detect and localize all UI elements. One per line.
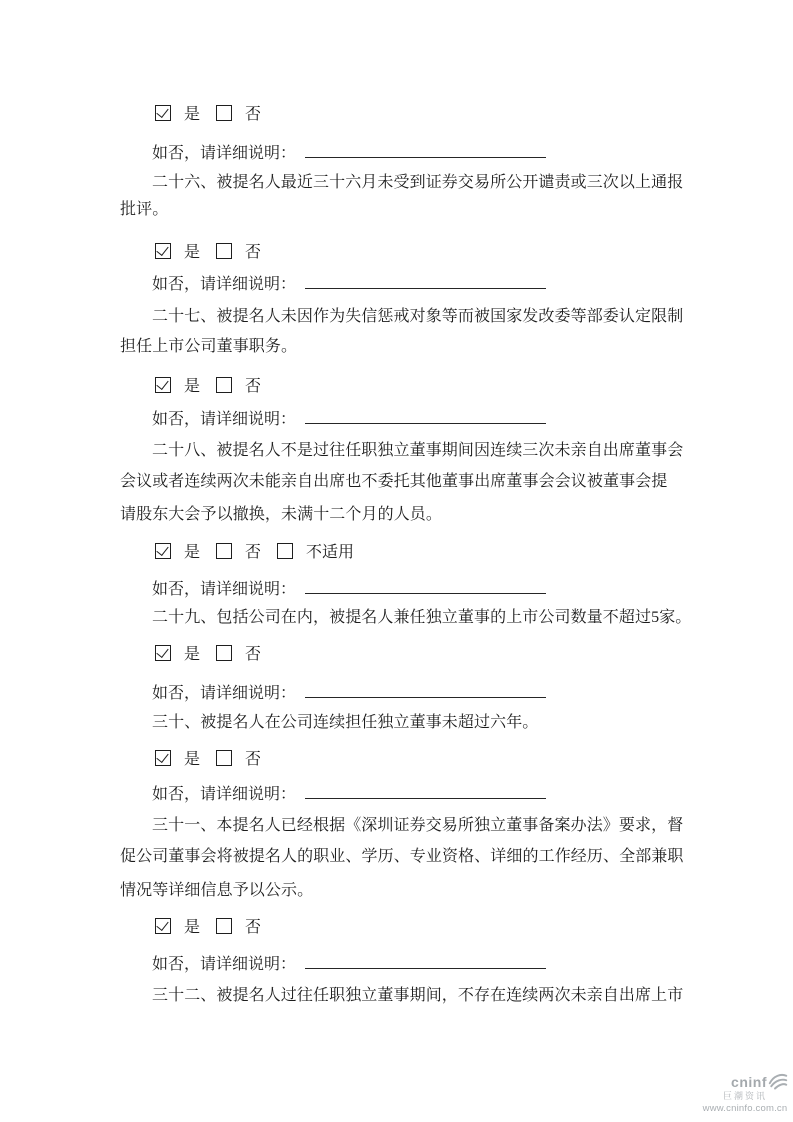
cninfo-swirl-icon	[768, 1072, 788, 1090]
no-label: 否	[245, 919, 261, 936]
cninfo-brand-row: cninf	[700, 1072, 790, 1089]
yes-label: 是	[184, 378, 200, 395]
checkbox-checked-icon	[155, 645, 171, 661]
yes-no-row-q25: 是否	[120, 98, 277, 132]
yes-no-row-q29: 是否	[120, 638, 277, 672]
explain-if-no-row-q30: 如否，请详细说明：	[120, 778, 546, 812]
explain-if-no-label: 如否，请详细说明：	[152, 145, 296, 162]
paragraph-line-q27-1: 二十七、被提名人未因作为失信惩戒对象等而被国家发改委等部委认定限制	[120, 300, 683, 334]
explain-if-no-label: 如否，请详细说明：	[152, 276, 296, 293]
explain-if-no-row-q26: 如否，请详细说明：	[120, 268, 546, 302]
yes-label: 是	[184, 919, 200, 936]
checkbox-empty-icon	[216, 645, 232, 661]
paragraph-line-q28-1: 二十八、被提名人不是过往任职独立董事期间因连续三次未亲自出席董事会	[120, 434, 683, 468]
paragraph-line-q32-1: 三十二、被提名人过往任职独立董事期间，不存在连续两次未亲自出席上市	[120, 979, 683, 1013]
paragraph-line-q28-3: 请股东大会予以撤换，未满十二个月的人员。	[120, 498, 442, 532]
fill-in-blank	[305, 952, 546, 969]
explain-if-no-row-q27: 如否，请详细说明：	[120, 403, 546, 437]
cninfo-url: www.cninfo.com.cn	[700, 1104, 790, 1114]
fill-in-blank	[305, 681, 546, 698]
explain-if-no-label: 如否，请详细说明：	[152, 411, 296, 428]
fill-in-blank	[305, 782, 546, 799]
explain-if-no-label: 如否，请详细说明：	[152, 581, 296, 598]
paragraph-line-q31-1: 三十一、本提名人已经根据《深圳证券交易所独立董事备案办法》要求，督	[120, 809, 683, 843]
explain-if-no-label: 如否，请详细说明：	[152, 786, 296, 803]
explain-if-no-label: 如否，请详细说明：	[152, 956, 296, 973]
yes-label: 是	[184, 646, 200, 663]
checkbox-checked-icon	[155, 918, 171, 934]
cninfo-chinese-name: 巨潮资讯	[700, 1092, 790, 1101]
fill-in-blank	[305, 272, 546, 289]
yes-label: 是	[184, 544, 200, 561]
cninfo-watermark: cninf 巨潮资讯 www.cninfo.com.cn	[700, 1072, 790, 1114]
not-applicable-label: 不适用	[306, 544, 354, 561]
checkbox-empty-icon	[277, 543, 293, 559]
yes-no-row-q30: 是否	[120, 743, 277, 777]
paragraph-line-q30: 三十、被提名人在公司连续担任独立董事未超过六年。	[120, 706, 538, 740]
no-label: 否	[245, 751, 261, 768]
paragraph-line-q26-1: 二十六、被提名人最近三十六月未受到证券交易所公开谴责或三次以上通报	[120, 166, 683, 200]
paragraph-line-q29: 二十九、包括公司在内，被提名人兼任独立董事的上市公司数量不超过5家。	[120, 601, 691, 635]
yes-no-row-q27: 是否	[120, 370, 277, 404]
document-page: 是否 如否，请详细说明： 二十六、被提名人最近三十六月未受到证券交易所公开谴责或…	[0, 0, 793, 1122]
paragraph-line-q26-2: 批评。	[120, 193, 168, 227]
yes-no-na-row-q28: 是否不适用	[120, 536, 370, 570]
yes-no-row-q31: 是否	[120, 911, 277, 945]
paragraph-line-q27-2: 担任上市公司董事职务。	[120, 330, 297, 364]
checkbox-checked-icon	[155, 243, 171, 259]
no-label: 否	[245, 244, 261, 261]
checkbox-empty-icon	[216, 243, 232, 259]
paragraph-line-q28-2: 会议或者连续两次未能亲自出席也不委托其他董事出席董事会会议被董事会提	[120, 465, 667, 499]
yes-label: 是	[184, 751, 200, 768]
explain-if-no-row-q31: 如否，请详细说明：	[120, 948, 546, 982]
no-label: 否	[245, 378, 261, 395]
yes-no-row-q26: 是否	[120, 236, 277, 270]
checkbox-checked-icon	[155, 105, 171, 121]
checkbox-empty-icon	[216, 918, 232, 934]
fill-in-blank	[305, 141, 546, 158]
paragraph-line-q31-3: 情况等详细信息予以公示。	[120, 874, 313, 908]
paragraph-line-q31-2: 促公司董事会将被提名人的职业、学历、专业资格、详细的工作经历、全部兼职	[120, 840, 684, 874]
no-label: 否	[245, 106, 261, 123]
checkbox-empty-icon	[216, 377, 232, 393]
checkbox-checked-icon	[155, 543, 171, 559]
no-label: 否	[245, 544, 261, 561]
explain-if-no-label: 如否，请详细说明：	[152, 685, 296, 702]
checkbox-empty-icon	[216, 750, 232, 766]
checkbox-checked-icon	[155, 750, 171, 766]
yes-label: 是	[184, 244, 200, 261]
no-label: 否	[245, 646, 261, 663]
checkbox-empty-icon	[216, 105, 232, 121]
fill-in-blank	[305, 577, 546, 594]
checkbox-checked-icon	[155, 377, 171, 393]
fill-in-blank	[305, 407, 546, 424]
cninfo-logo-text: cninf	[731, 1075, 767, 1089]
checkbox-empty-icon	[216, 543, 232, 559]
yes-label: 是	[184, 106, 200, 123]
